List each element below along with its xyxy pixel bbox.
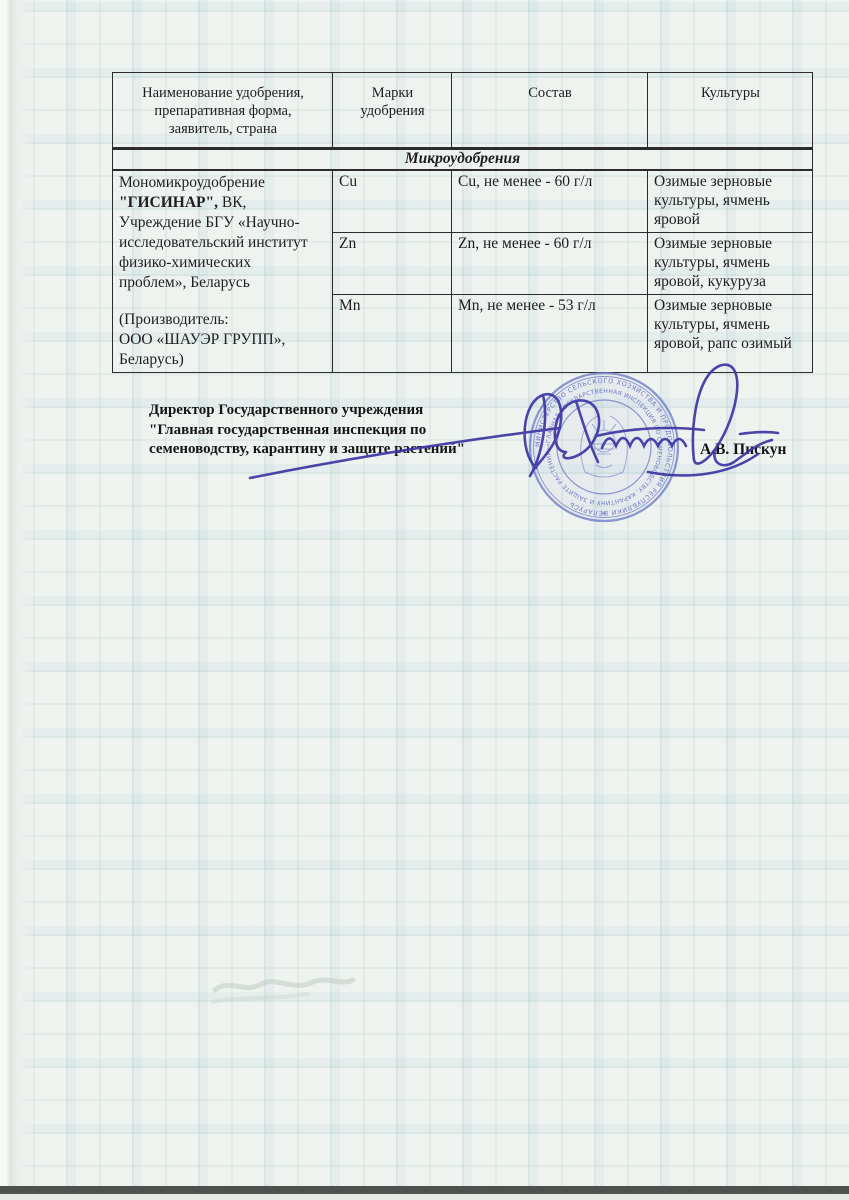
header-name-column: Наименование удобрения, препаративная фо… — [113, 73, 333, 149]
mark-cell: Zn — [333, 233, 452, 295]
composition-cell: Cu, не менее - 60 г/л — [452, 170, 648, 233]
header-line: Наименование удобрения, — [119, 84, 327, 102]
manufacturer-line: ООО «ШАУЭР ГРУПП», — [119, 330, 327, 350]
product-intro: Мономикроудобрение — [119, 173, 327, 193]
applicant-line: проблем», Беларусь — [119, 273, 327, 293]
signature-ink — [250, 365, 778, 478]
product-brand-line: "ГИСИНАР", ВК, — [119, 193, 327, 213]
header-line: Марки — [339, 84, 446, 102]
applicant-line: Учреждение БГУ «Научно- — [119, 213, 327, 233]
table-row-cu: Мономикроудобрение "ГИСИНАР", ВК, Учрежд… — [113, 170, 813, 233]
product-brand: "ГИСИНАР", — [119, 194, 218, 211]
scanner-edge-band — [0, 1186, 849, 1194]
product-cell: Мономикроудобрение "ГИСИНАР", ВК, Учрежд… — [113, 170, 333, 373]
section-title: Микроудобрения — [113, 149, 813, 171]
cultures-cell: Озимые зерновые культуры, ячмень яровой,… — [648, 233, 813, 295]
composition-cell: Zn, не менее - 60 г/л — [452, 233, 648, 295]
scanner-edge-light — [0, 1194, 849, 1200]
manufacturer-line: (Производитель: — [119, 310, 327, 330]
ink-imprint-ghost — [195, 950, 375, 1020]
section-row: Микроудобрения — [113, 149, 813, 171]
header-mark-column: Марки удобрения — [333, 73, 452, 149]
cultures-cell: Озимые зерновые культуры, ячмень яровой — [648, 170, 813, 233]
header-cultures-column: Культуры — [648, 73, 813, 149]
scan-left-edge — [0, 0, 36, 1200]
stamp-bottom-star: * — [602, 511, 607, 521]
handwritten-signature — [230, 350, 810, 510]
applicant-line: физико-химических — [119, 253, 327, 273]
scanned-document-page: Наименование удобрения, препаративная фо… — [0, 0, 849, 1200]
table-header-row: Наименование удобрения, препаративная фо… — [113, 73, 813, 149]
fertilizer-registry-table: Наименование удобрения, препаративная фо… — [112, 72, 813, 373]
header-line: препаративная форма, — [119, 102, 327, 120]
header-composition-column: Состав — [452, 73, 648, 149]
header-line: удобрения — [339, 102, 446, 120]
applicant-line: исследовательский институт — [119, 233, 327, 253]
product-form: ВК, — [218, 194, 246, 211]
mark-cell: Cu — [333, 170, 452, 233]
header-line: заявитель, страна — [119, 120, 327, 138]
